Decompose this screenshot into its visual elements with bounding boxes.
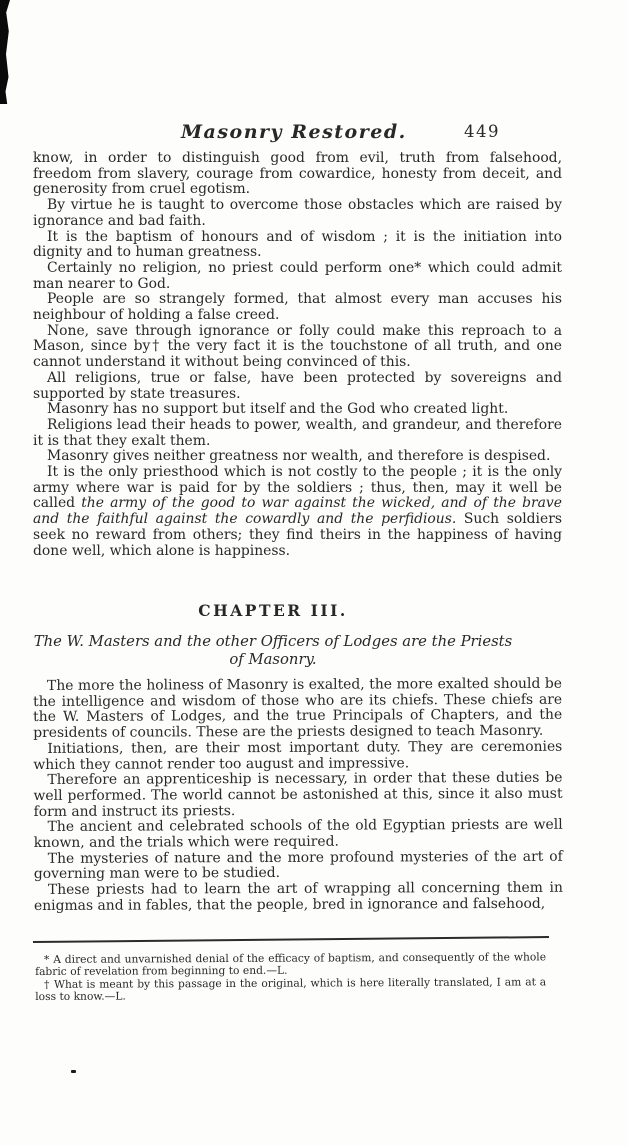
paragraph: know, in order to distinguish good from … xyxy=(33,151,562,198)
text-segment: know, in order to distinguish good from … xyxy=(33,150,562,197)
paragraph: Masonry gives neither greatness nor weal… xyxy=(33,449,562,465)
footnote-divider xyxy=(33,936,549,943)
text-segment: The more the holiness of Masonry is exal… xyxy=(33,676,562,741)
text-segment: † What is meant by this passage in the o… xyxy=(35,975,546,1003)
text-segment: The ancient and celebrated schools of th… xyxy=(34,817,563,851)
body-block-2: The more the holiness of Masonry is exal… xyxy=(33,677,563,915)
text-segment: None, save through ignorance or folly co… xyxy=(33,323,562,370)
scanned-book-page: { "header": { "title": "Masonry Restored… xyxy=(0,0,628,1146)
chapter-heading: CHAPTER III. xyxy=(33,601,513,620)
text-segment: The mysteries of nature and the more pro… xyxy=(34,848,563,882)
text-segment: It is the baptism of honours and of wisd… xyxy=(33,229,562,261)
chapter-heading-block: CHAPTER III. The W. Masters and the othe… xyxy=(33,601,513,668)
paragraph: The more the holiness of Masonry is exal… xyxy=(33,677,562,742)
scan-edge-artifact xyxy=(0,0,10,104)
paragraph: Masonry has no support but itself and th… xyxy=(33,402,562,418)
body-block-1: know, in order to distinguish good from … xyxy=(33,151,562,559)
page-number: 449 xyxy=(464,122,500,141)
text-segment: Religions lead their heads to power, wea… xyxy=(33,417,562,449)
paragraph: It is the only priesthood which is not c… xyxy=(33,465,562,559)
text-segment: By virtue he is taught to overcome those… xyxy=(33,197,562,229)
text-segment: People are so strangely formed, that alm… xyxy=(33,291,562,323)
paragraph: Certainly no religion, no priest could p… xyxy=(33,261,562,292)
chapter-subtitle: The W. Masters and the other Officers of… xyxy=(33,633,513,668)
text-segment: Masonry gives neither greatness nor weal… xyxy=(47,448,550,464)
text-segment: Initiations, then, are their most import… xyxy=(33,739,562,773)
paragraph: By virtue he is taught to overcome those… xyxy=(33,198,562,229)
paragraph: The ancient and celebrated schools of th… xyxy=(34,818,563,852)
paragraph: All religions, true or false, have been … xyxy=(33,371,562,402)
text-segment: Certainly no religion, no priest could p… xyxy=(33,260,562,292)
footnote: † What is meant by this passage in the o… xyxy=(35,976,546,1003)
paragraph: People are so strangely formed, that alm… xyxy=(33,292,562,323)
text-segment: * A direct and unvarnished denial of the… xyxy=(35,950,546,978)
text-segment: These priests had to learn the art of wr… xyxy=(34,880,563,914)
paragraph: The mysteries of nature and the more pro… xyxy=(34,849,563,883)
footnote-block: * A direct and unvarnished denial of the… xyxy=(35,951,546,1003)
running-header-title: Masonry Restored. xyxy=(181,121,407,143)
paragraph: It is the baptism of honours and of wisd… xyxy=(33,230,562,261)
ink-speck xyxy=(71,1070,76,1073)
paragraph: Religions lead their heads to power, wea… xyxy=(33,418,562,449)
paragraph: These priests had to learn the art of wr… xyxy=(34,881,563,915)
paragraph: Therefore an apprenticeship is necessary… xyxy=(33,771,562,820)
paragraph: None, save through ignorance or folly co… xyxy=(33,324,562,371)
text-segment: Therefore an apprenticeship is necessary… xyxy=(33,770,562,820)
paragraph: Initiations, then, are their most import… xyxy=(33,740,562,774)
text-segment: All religions, true or false, have been … xyxy=(33,370,562,402)
text-segment: Masonry has no support but itself and th… xyxy=(47,401,508,417)
